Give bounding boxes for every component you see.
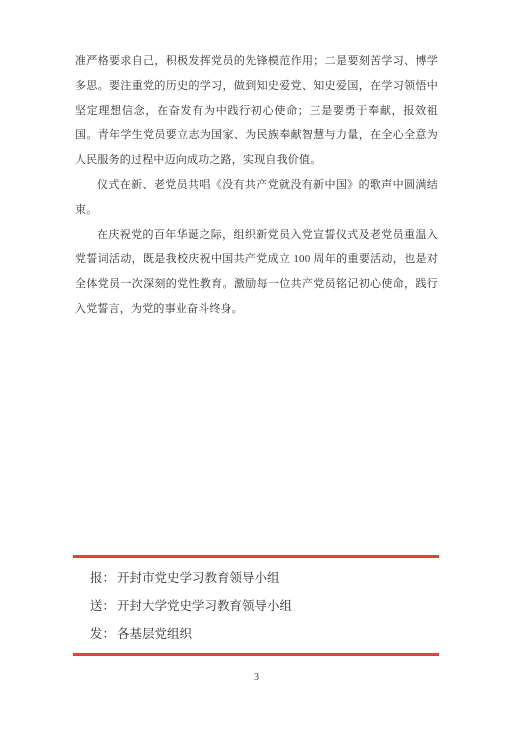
paragraph-summary: 在庆祝党的百年华诞之际，组织新党员入党宣誓仪式及老党员重温入党誓词活动，既是我校… [75,223,438,322]
paragraph-ceremony-closing: 仪式在新、老党员共唱《没有共产党就没有新中国》的歌声中圆满结束。 [75,173,438,223]
distribution-row-report: 报：开封市党史学习教育领导小组 [90,564,438,592]
red-rule-top [73,555,439,558]
distribution-block: 报：开封市党史学习教育领导小组 送：开封大学党史学习教育领导小组 发：各基层党组… [90,564,438,648]
distribution-value: 开封大学党史学习教育领导小组 [117,599,292,613]
distribution-value: 开封市党史学习教育领导小组 [117,571,280,585]
distribution-label: 送： [90,599,115,613]
page-number: 3 [0,672,513,683]
distribution-row-issue: 发：各基层党组织 [90,620,438,648]
document-page: 准严格要求自己，积极发挥党员的先锋模范作用；二是要刻苦学习、博学多思。要注重党的… [0,0,513,729]
distribution-label: 发： [90,627,115,641]
distribution-label: 报： [90,571,115,585]
red-rule-bottom [73,653,439,656]
document-body: 准严格要求自己，积极发挥党员的先锋模范作用；二是要刻苦学习、博学多思。要注重党的… [75,49,438,322]
paragraph-continuation: 准严格要求自己，积极发挥党员的先锋模范作用；二是要刻苦学习、博学多思。要注重党的… [75,49,438,173]
distribution-row-send: 送：开封大学党史学习教育领导小组 [90,592,438,620]
distribution-value: 各基层党组织 [117,627,192,641]
